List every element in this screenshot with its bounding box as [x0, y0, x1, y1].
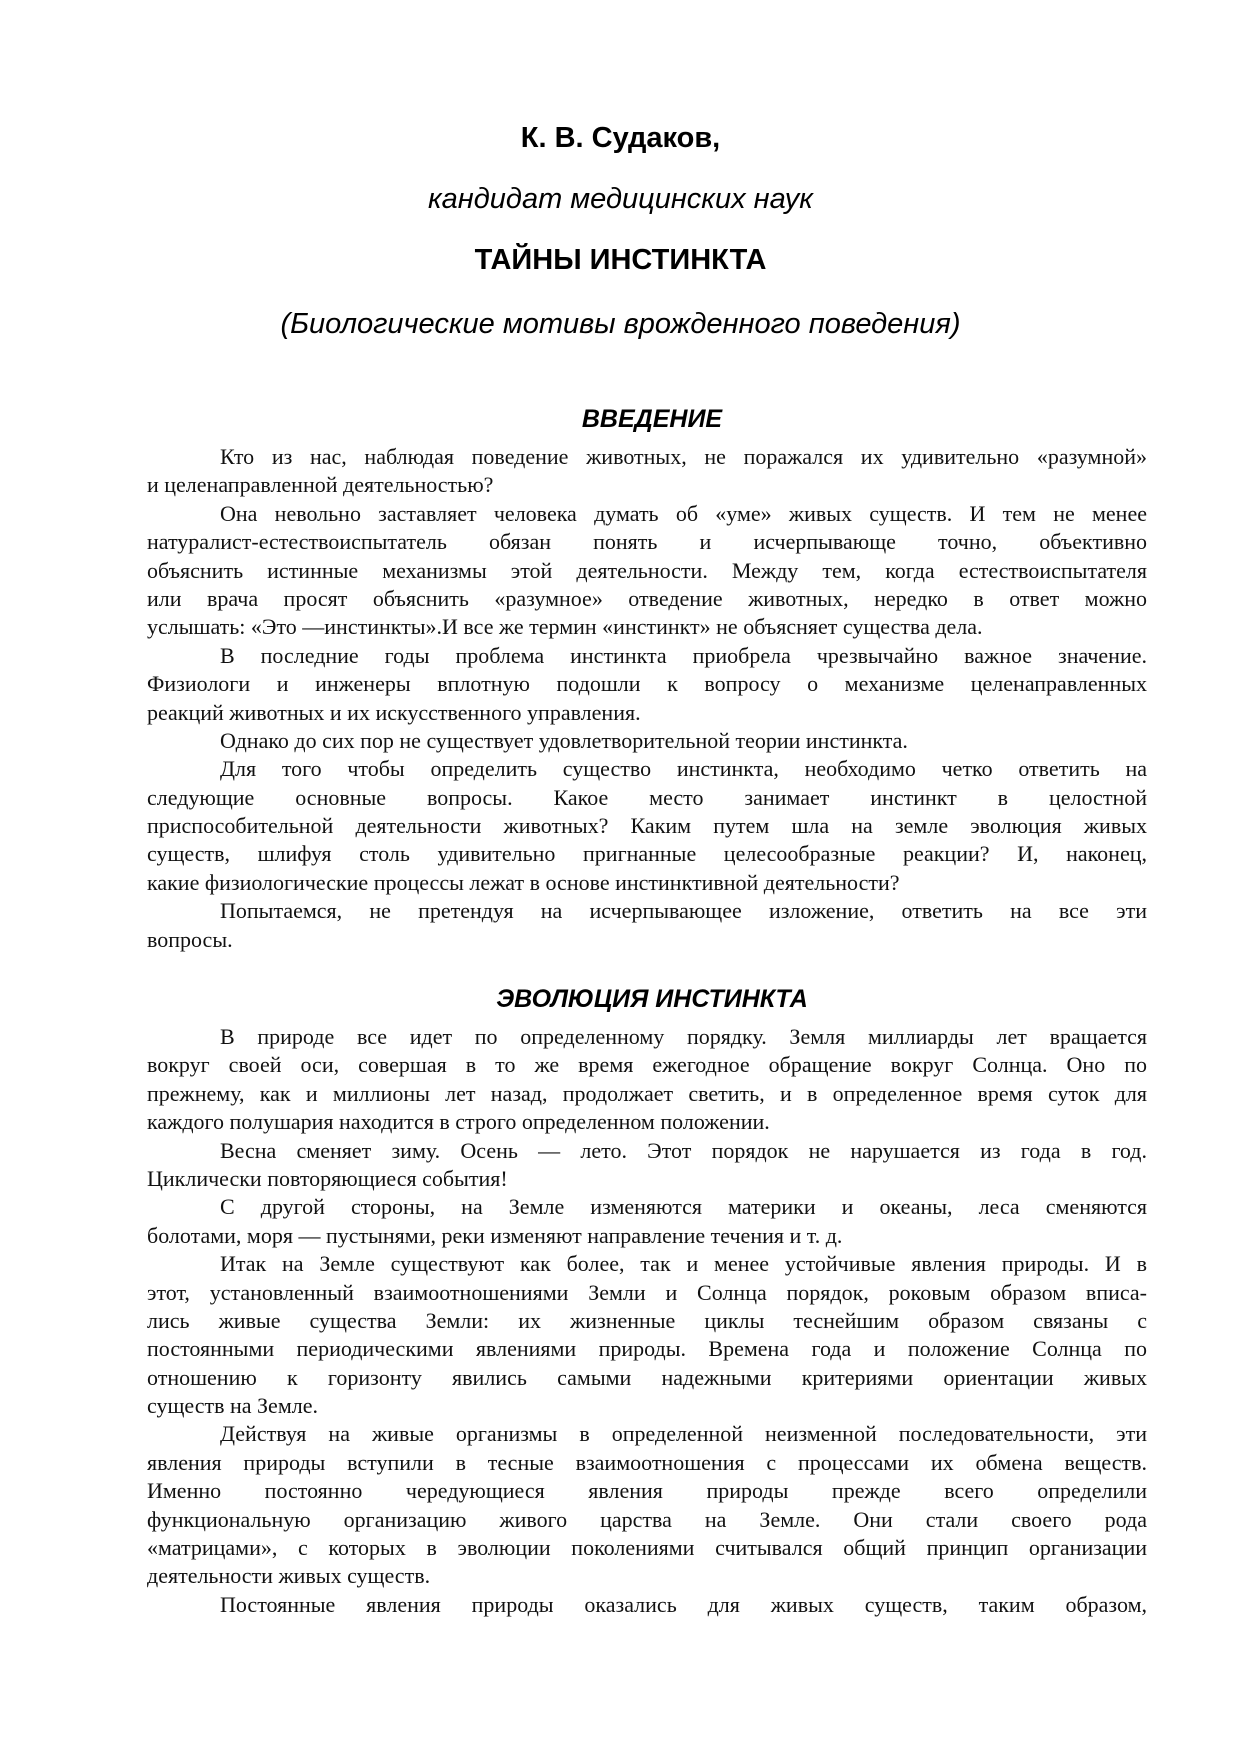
text-line: отношению к горизонту явились самыми над…	[147, 1364, 1147, 1392]
text-line: В природе все идет по определенному поря…	[147, 1023, 1147, 1051]
book-subtitle: (Биологические мотивы врожденного поведе…	[0, 308, 1241, 341]
text-line: или врача просят объяснить «разумное» от…	[147, 585, 1147, 613]
text-line: Кто из нас, наблюдая поведение животных,…	[147, 443, 1147, 471]
text-line: объяснить истинные механизмы этой деятел…	[147, 557, 1147, 585]
text-line: явления природы вступили в тесные взаимо…	[147, 1449, 1147, 1477]
section-heading-introduction: ВВЕДЕНИЕ	[0, 405, 1241, 434]
text-line: и целенаправленной деятельностью?	[147, 471, 1147, 499]
text-line: Циклически повторяющиеся события!	[147, 1165, 1147, 1193]
text-line: Для того чтобы определить существо инсти…	[147, 755, 1147, 783]
text-line: приспособительной деятельности животных?…	[147, 812, 1147, 840]
section-body-introduction: Кто из нас, наблюдая поведение животных,…	[147, 443, 1147, 954]
text-line: постоянными периодическими явлениями при…	[147, 1335, 1147, 1363]
text-line: натуралист-естествоиспытатель обязан пон…	[147, 528, 1147, 556]
text-line: этот, установленный взаимоотношениями Зе…	[147, 1279, 1147, 1307]
text-line: какие физиологические процессы лежат в о…	[147, 869, 1147, 897]
text-line: болотами, моря — пустынями, реки изменяю…	[147, 1222, 1147, 1250]
book-title: ТАЙНЫ ИНСТИНКТА	[0, 244, 1241, 277]
text-line: Физиологи и инженеры вплотную подошли к …	[147, 670, 1147, 698]
text-line: Попытаемся, не претендуя на исчерпывающе…	[147, 897, 1147, 925]
text-line: Итак на Земле существуют как более, так …	[147, 1250, 1147, 1278]
text-line: вокруг своей оси, совершая в то же время…	[147, 1051, 1147, 1079]
text-line: каждого полушария находится в строго опр…	[147, 1108, 1147, 1136]
text-line: Однако до сих пор не существует удовлетв…	[147, 727, 1147, 755]
text-line: Постоянные явления природы оказались для…	[147, 1591, 1147, 1619]
document-page: К. В. Судаков, кандидат медицинских наук…	[0, 0, 1241, 1753]
author-name: К. В. Судаков,	[0, 122, 1241, 155]
text-line: Именно постоянно чередующиеся явления пр…	[147, 1477, 1147, 1505]
text-line: реакций животных и их искусственного упр…	[147, 699, 1147, 727]
text-line: В последние годы проблема инстинкта прио…	[147, 642, 1147, 670]
text-line: прежнему, как и миллионы лет назад, прод…	[147, 1080, 1147, 1108]
text-line: деятельности живых существ.	[147, 1562, 1147, 1590]
section-body-evolution: В природе все идет по определенному поря…	[147, 1023, 1147, 1619]
text-line: существ, шлифуя столь удивительно пригна…	[147, 840, 1147, 868]
text-line: функциональную организацию живого царств…	[147, 1506, 1147, 1534]
text-line: «матрицами», с которых в эволюции поколе…	[147, 1534, 1147, 1562]
text-line: существ на Земле.	[147, 1392, 1147, 1420]
text-line: услышать: «Это —инстинкты».И все же терм…	[147, 613, 1147, 641]
text-line: Действуя на живые организмы в определенн…	[147, 1420, 1147, 1448]
section-heading-evolution: ЭВОЛЮЦИЯ ИНСТИНКТА	[0, 985, 1241, 1014]
text-line: лись живые существа Земли: их жизненные …	[147, 1307, 1147, 1335]
text-line: С другой стороны, на Земле изменяются ма…	[147, 1193, 1147, 1221]
text-line: вопросы.	[147, 926, 1147, 954]
text-line: Она невольно заставляет человека думать …	[147, 500, 1147, 528]
text-line: Весна сменяет зиму. Осень — лето. Этот п…	[147, 1137, 1147, 1165]
author-degree: кандидат медицинских наук	[0, 183, 1241, 216]
text-line: следующие основные вопросы. Какое место …	[147, 784, 1147, 812]
